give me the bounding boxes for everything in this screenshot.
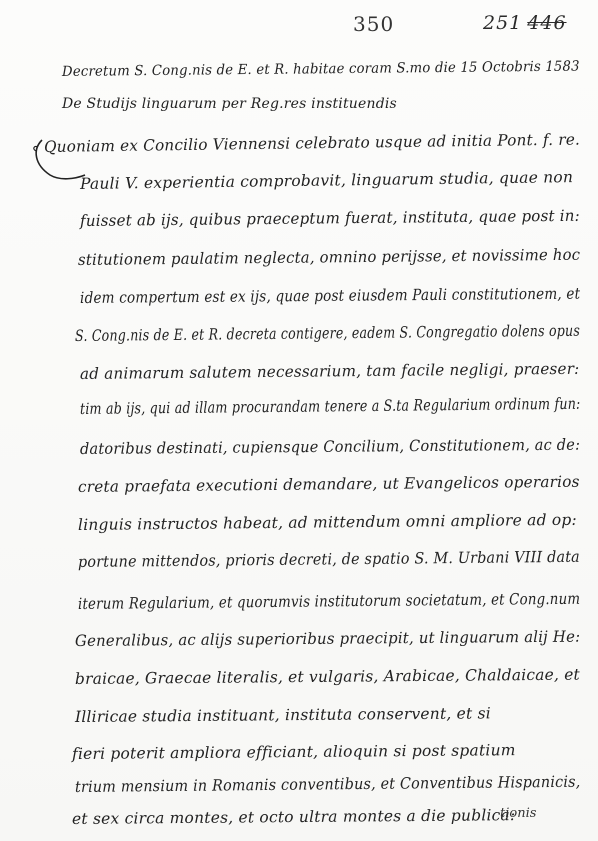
text-line-3: fuisset ab ijs, quibus praeceptum fuerat… <box>80 207 580 230</box>
folio-alt-struck: 446 <box>527 12 566 34</box>
text-line-13: iterum Regularium, et quorumvis institut… <box>78 590 580 613</box>
text-line-11: linguis instructos habeat, ad mittendum … <box>78 511 577 534</box>
text-line-9: datoribus destinati, cupiensque Conciliu… <box>80 436 580 458</box>
text-line-2: Pauli V. experientia comprobavit, lingua… <box>80 168 573 193</box>
text-line-12: portune mittendos, prioris decreti, de s… <box>78 548 580 571</box>
text-line-10: creta praefata executioni demandare, ut … <box>78 473 580 496</box>
header-title: Decretum S. Cong.nis de E. et R. habitae… <box>62 59 580 80</box>
folio-alt-current: 251 <box>483 12 522 34</box>
text-line-15: braicae, Graecae literalis, et vulgaris,… <box>75 666 580 688</box>
manuscript-page: 350 251446 Decretum S. Cong.nis de E. et… <box>0 0 598 841</box>
header-subtitle: De Studijs linguarum per Reg.res institu… <box>62 96 397 112</box>
text-line-6: S. Cong.nis de E. et R. decreta contiger… <box>75 322 580 345</box>
text-line-1: Quoniam ex Concilio Viennensi celebrato … <box>44 131 580 156</box>
catchword: tionis <box>500 806 536 821</box>
text-line-19: et sex circa montes, et octo ultra monte… <box>72 806 515 828</box>
folio-alt-number: 251446 <box>483 12 567 34</box>
text-line-16: Illiricae studia instituant, instituta c… <box>75 704 491 726</box>
text-line-17: fieri poterit ampliora efficiant, alioqu… <box>72 741 516 763</box>
text-line-4: stitutionem paulatim neglecta, omnino pe… <box>78 246 580 269</box>
text-line-14: Generalibus, ac alijs superioribus praec… <box>75 628 580 650</box>
text-line-8: tim ab ijs, qui ad illam procurandam ten… <box>80 395 581 418</box>
text-line-5: idem compertum est ex ijs, quae post eiu… <box>80 285 580 307</box>
text-line-18: trium mensium in Romanis conventibus, et… <box>75 773 581 796</box>
text-line-7: ad animarum salutem necessarium, tam fac… <box>80 360 580 383</box>
folio-number: 350 <box>353 12 394 36</box>
